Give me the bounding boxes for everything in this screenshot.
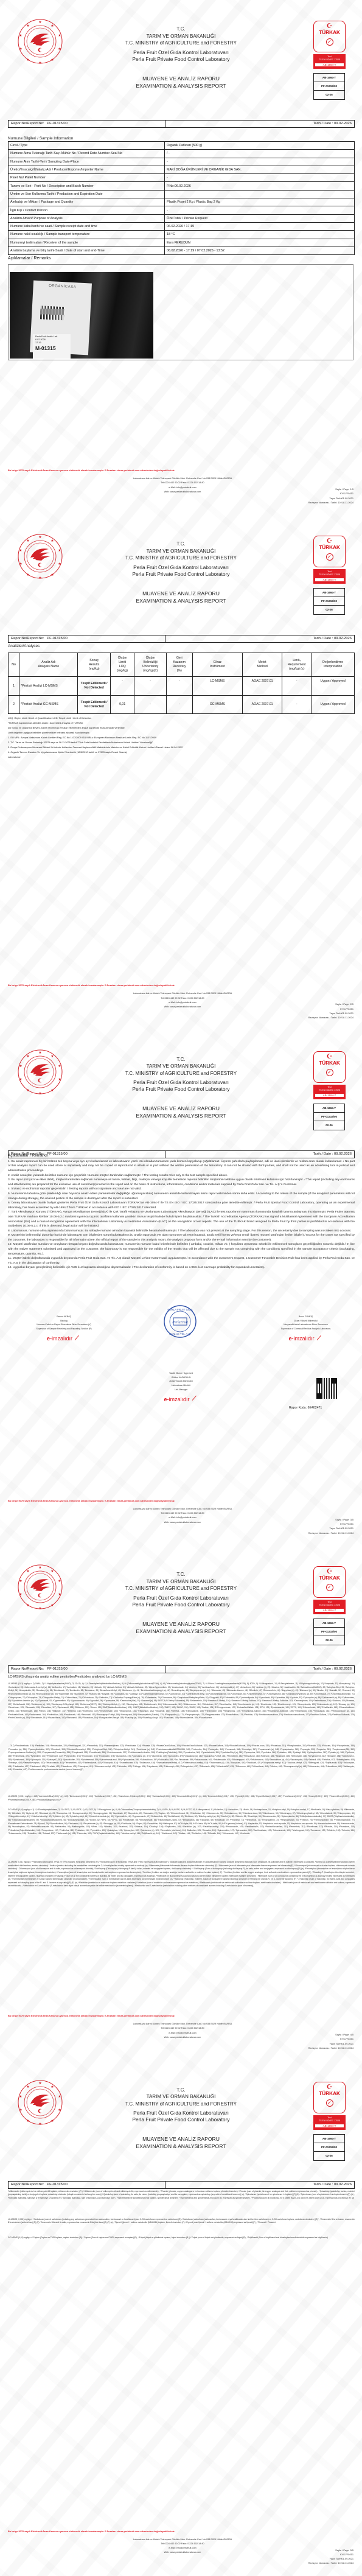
report-no: PF-01315/00 (47, 2183, 68, 2186)
signatory-role-tr: Numune Kabul ve Rapor Düzenleme Birim So… (18, 1323, 110, 1327)
info-key: İlgili Kişi / Contact Person (9, 206, 165, 214)
lab-address: Laboratuvar Adres: Ulutek Teknopark Görü… (79, 477, 286, 481)
info-key: Cinsi / Type (9, 142, 165, 150)
check-icon: ✓ (326, 1069, 333, 1076)
header-tc: T.C. (91, 2087, 271, 2094)
column-header: ÖlçümBelirsizliğiUncertainty(mg/kg)(±) (134, 653, 166, 677)
cell-result: Tespit Edilemedi / Not Detected (78, 695, 110, 714)
svg-text:★: ★ (50, 539, 54, 543)
report-code-box: PF-01315/00 (314, 2143, 344, 2152)
report-no-label: Rapor No/Report No: (11, 1667, 44, 1671)
form-code: KYS-FR-051 (308, 1007, 353, 1011)
svg-text:★: ★ (58, 1579, 61, 1583)
svg-text:★: ★ (50, 58, 54, 62)
lab-address: Laboratuvar Adres: Ulutek Teknopark Görü… (79, 1507, 286, 1511)
svg-text:★: ★ (19, 1592, 22, 1597)
svg-text:PerlaFruit: PerlaFruit (172, 1321, 188, 1325)
svg-text:PERLA FRUIT GIDA: PERLA FRUIT GIDA (167, 1308, 192, 1311)
info-value: Özel İstek / Private Request (165, 214, 355, 222)
info-value: P.No:06.02.2026 (165, 182, 355, 190)
page-label: Sayfa / Page (335, 2549, 349, 2552)
sample-info-row: Cinsi / TypeOrganik Patlıcan (500 g) (9, 142, 355, 150)
remarks-heading: Açıklamalar / Remarks (8, 256, 50, 261)
page-3: ★ ★ ★ ★ ★ ★ ★ ★ ★ ★ T.C. TARIM VE ORMAN … (0, 1031, 362, 1545)
page-info: Sayfa / Page 3/5 KYS-FR-051 Yayın Tarihi… (308, 1517, 353, 1535)
lab-phone: Tel:0224 442 90 02 Faks: 0 224 502 18 80 (79, 996, 286, 1001)
info-key: Üretim ve Son Kullanma Tarihi / Producti… (9, 190, 165, 198)
signatory-role-en: Supervisor of Chemical/Residue Analysis … (256, 1327, 356, 1331)
turkak-code: AB-1694-T (315, 1608, 344, 1612)
check-icon: ✓ (326, 553, 333, 561)
page-number: 4/5 (350, 2033, 353, 2036)
pen-icon (192, 1396, 200, 1404)
svg-text:★: ★ (19, 562, 22, 566)
cell-loq: - (110, 677, 134, 696)
turkak-accreditation-logo: ☪ TÜRKAK ✓ Test TS EN ISO/IEC 17025 AB-1… (313, 536, 346, 587)
info-key: Analizin başlama ve bitiş tarihi-Saati /… (9, 247, 165, 254)
page-1: ★ ★ ★ ★ ★ ★ ★ ★ ★ ★ T.C. TARIM VE ORMAN … (0, 0, 362, 515)
report-verification-code: Rapor Kodu: 6E402471 (289, 1406, 322, 1410)
sample-info-row: Numune Alma Tutanağı Tarih-Sayı-Mühür No… (9, 150, 355, 158)
signatory-title: Ziraat Yüksek Mühendisi (146, 1379, 216, 1384)
page-info: Sayfa / Page 5/5 KYS-FR-051 Yayın Tarihi… (308, 2548, 353, 2566)
cell-uncertainty: - (134, 677, 166, 696)
remark-item: 1. Bu analiz raporunun hiç bir bölümü te… (8, 1160, 355, 1174)
lab-website[interactable]: Web: www.perlafruitlaboratuvar.com (79, 2550, 286, 2555)
sample-info-row: Tanımı ve Seri - Parti No / Description … (9, 182, 355, 190)
esigned-mark: e-imzalıdır (18, 1335, 110, 1342)
report-date: 09.02.2026 (334, 1667, 352, 1671)
header-lab-tr: Perla Fruit Özel Gıda Kontrol Laboratuva… (91, 49, 271, 56)
lab-sample-sticker: Perla Fruit Analiz Lab. 6.02.2026 17:19 … (33, 334, 71, 359)
cell-interpretation: Uygun / Approved (312, 677, 355, 696)
check-icon: ✓ (326, 1584, 333, 1591)
header-lab-tr: Perla Fruit Özel Gıda Kontrol Laboratuva… (91, 564, 271, 571)
svg-text:★: ★ (50, 1088, 54, 1093)
esignature-notice: Bu belge 5070 sayılı Elektronik İmza Kan… (8, 2014, 175, 2017)
report-no-label: Rapor No/Report No: (11, 122, 44, 125)
info-key: Numune Alım Tarihi-Yeri / Sampling Date-… (9, 158, 165, 166)
esignature-notice: Bu belge 5070 sayılı Elektronik İmza Kan… (8, 984, 175, 987)
svg-text:★: ★ (38, 535, 41, 539)
lab-phone: Tel:0224 442 90 02 Faks: 0 224 502 18 80 (79, 481, 286, 485)
svg-text:★: ★ (38, 1566, 41, 1570)
cell-name: *Pestisit Analizi GC-MSMS (19, 695, 78, 714)
cell-no: 1 (9, 677, 19, 696)
crescent-icon: ☪ (314, 1054, 345, 1060)
info-value: MAKİ DOĞA ÜRÜNLERİ VE ORGANİK GIDA SAN. (165, 166, 355, 173)
svg-text:★: ★ (19, 1077, 22, 1082)
period-code: 02-26 (314, 1121, 344, 1130)
svg-text:★: ★ (38, 1051, 41, 1055)
lab-address: Laboratuvar Adres: Ulutek Teknopark Görü… (79, 2538, 286, 2542)
report-title-en: EXAMINATION & ANALYSIS REPORT (91, 1628, 271, 1635)
header-lab-en: Perla Fruit Private Food Control Laborat… (91, 56, 271, 63)
lab-website[interactable]: Web: www.perlafruitlaboratuvar.com (79, 2035, 286, 2040)
report-title-en: EXAMINATION & ANALYSIS REPORT (91, 2143, 271, 2150)
analysis-row: 1*Pestisit Analizi LC-MSMSTespit Edileme… (9, 677, 355, 696)
header-tc: T.C. (91, 1571, 271, 1578)
header-tc: T.C. (91, 541, 271, 548)
sample-photo: ORGANİCASA Perla Fruit Analiz Lab. 6.02.… (10, 272, 153, 359)
turkak-code: AB-1694-T (315, 578, 344, 582)
header-titles: T.C. TARIM VE ORMAN BAKANLIĞI T.C. MINIS… (91, 1571, 271, 1635)
analyses-heading: Analizler/Analyses (8, 644, 40, 648)
svg-text:★: ★ (38, 576, 41, 579)
verification-qr-code[interactable] (316, 1378, 337, 1399)
note-line: 3. Rusya Federasyonu Mevzuatı Bitkisel Ü… (8, 745, 355, 750)
gcmsms-residue-definitions: GC-MSMS (0,01) mg/kg=> *Captan (Captan v… (8, 2236, 355, 2240)
sample-info-row: Numuneyi teslim alan / Receiver of the s… (9, 239, 355, 247)
revision-info: Revizyon Numarası / Tarihi: 10 /18.11.20… (308, 1531, 353, 1535)
remark-item: 8. Laboratuvar, numune alma aşamasında b… (8, 1229, 355, 1234)
signatory-role-tr: Laboratuvar Müdürü (146, 1384, 216, 1388)
signatory-lab-manager: Tasdik Olunur / Approved Gülden HAZARHUN… (146, 1371, 216, 1403)
sample-info-row: Numune kabul tarihi ve saati / Sample re… (9, 222, 355, 230)
lab-company-stamp: PerlaFruit PERLA FRUIT GIDA SAN. ve TİC.… (163, 1304, 197, 1339)
esigned-mark: e-imzalıdır (256, 1335, 356, 1342)
turkak-standard: TS EN ISO/IEC 17025 (313, 2119, 346, 2123)
header-ministry-tr: TARIM VE ORMAN BAKANLIĞI (91, 1063, 271, 1070)
info-value: 06.02.2026 - 17:19 / 07.02.2026 - 13:52 (165, 247, 355, 254)
document-code-boxes: AB-1694-T PF-01315/00 02-26 (313, 1104, 345, 1130)
form-code: KYS-FR-051 (308, 2552, 353, 2557)
report-number-bar: Rapor No/Report No: PF-01315/00 Tarih / … (8, 635, 355, 643)
check-icon: ✓ (326, 38, 333, 46)
esigned-mark: e-imzalıdır (146, 1396, 216, 1403)
lcmsms-0001-residue-definitions: LC-MSMS (0,001) mg/kg=> *Carbofuran (sum… (8, 2218, 355, 2225)
report-date: 09.02.2026 (334, 122, 352, 125)
page-number: 3/5 (350, 1518, 353, 1521)
cell-name: *Pestisit Analizi LC-MSMS (19, 677, 78, 696)
date-label: Tarih / Date : (313, 1667, 333, 1671)
svg-text:★: ★ (58, 33, 61, 38)
svg-text:★: ★ (58, 47, 61, 51)
lab-email[interactable]: e-Mail: info@perlafruit.com (79, 2546, 286, 2550)
report-date: 09.02.2026 (334, 1152, 352, 1156)
svg-text:★: ★ (26, 1569, 29, 1573)
remark-item: 10. Müşteri tarafından sunulan ve onayla… (8, 1242, 355, 1256)
svg-text:SAN. ve TİC. A.Ş.: SAN. ve TİC. A.Ş. (169, 1332, 191, 1335)
turkak-code: AB-1694-T (315, 2124, 344, 2128)
product-brand: ORGANİCASA (33, 284, 92, 290)
header-titles: T.C. TARIM VE ORMAN BAKANLIĞI T.C. MINIS… (91, 26, 271, 89)
lab-address: Laboratuvar Adres: Ulutek Teknopark Görü… (79, 2022, 286, 2026)
info-value: Organik Patlıcan (500 g) (165, 142, 355, 150)
svg-text:★: ★ (38, 61, 41, 65)
info-value: - (165, 174, 355, 182)
signatory-title: Biyolog (18, 1319, 110, 1323)
info-value: 06.02.2026 / 17:19 (165, 222, 355, 230)
ministry-seal-logo: ★ ★ ★ ★ ★ ★ ★ ★ ★ ★ (17, 533, 63, 579)
cell-no: 2 (9, 695, 19, 714)
lab-website[interactable]: Web: www.perlafruitlaboratuvar.com (79, 1521, 286, 1525)
residue-definitions-cont: *Milbemectin (milbemycin A4 ve milbemyci… (8, 2190, 355, 2200)
report-number-bar: Rapor No/Report No: PF-01315/00 Tarih / … (8, 1150, 355, 1158)
note-line: Limit değerleri aşağıda belirtilen yönet… (8, 730, 355, 735)
svg-text:★: ★ (38, 20, 41, 24)
publish-date: Yayın Tarihi01.09.2021 (308, 1526, 353, 1530)
page-header: ★ ★ ★ ★ ★ ★ ★ ★ ★ ★ T.C. TARIM VE ORMAN … (0, 515, 362, 625)
document-code-boxes: AB-1694-T PF-01315/00 02-26 (313, 588, 345, 615)
svg-text:★: ★ (58, 1064, 61, 1068)
remarks-list: 1. Bu analiz raporunun hiç bir bölümü te… (8, 1160, 355, 1270)
date-label: Tarih / Date : (313, 1152, 333, 1156)
lab-website[interactable]: Web: www.perlafruitlaboratuvar.com (79, 490, 286, 494)
cell-method: AOAC 2007.01 (242, 695, 282, 714)
page-label: Sayfa / Page (335, 488, 349, 491)
info-value: Esra FERUDUN (165, 239, 355, 247)
turkak-standard: TS EN ISO/IEC 17025 (313, 1604, 346, 1607)
lab-email[interactable]: e-Mail: info@perlafruit.com (79, 1001, 286, 1005)
header-lab-en: Perla Fruit Private Food Control Laborat… (91, 1086, 271, 1093)
publish-date: Yayın Tarihi01.09.2021 (308, 1011, 353, 1015)
info-key: Numune Alma Tutanağı Tarih-Sayı-Mühür No… (9, 150, 165, 158)
header-ministry-tr: TARIM VE ORMAN BAKANLIĞI (91, 1578, 271, 1586)
pen-icon (75, 1335, 83, 1343)
signatory-role-en: Supervisor of Sample Receiving and Repor… (18, 1327, 110, 1331)
svg-text:★: ★ (19, 1579, 22, 1583)
approved-label: Tasdik Olunur / Approved (146, 1371, 216, 1376)
remark-item: 4. İmzasız ve mühürsüz raporlar geçersiz… (8, 1187, 355, 1192)
note-line: 2. T.C. Tarım ve Orman Bakanlığı 33079 s… (8, 740, 355, 745)
header-lab-tr: Perla Fruit Özel Gıda Kontrol Laboratuva… (91, 1079, 271, 1086)
cell-method: AOAC 2007.01 (242, 677, 282, 696)
page-number: 1/5 (350, 488, 353, 491)
column-header: SonuçResults(mg/kg) (78, 653, 110, 677)
report-no: PF-01315/00 (47, 637, 68, 640)
note-line: 1. EU MRL: Avrupa Maksimum Kalıntı Limit… (8, 735, 355, 740)
info-value: - (165, 158, 355, 166)
lab-contact: Laboratuvar Adres: Ulutek Teknopark Görü… (79, 477, 286, 494)
sample-info-row: Analizin başlama ve bitiş tarihi-Saati /… (9, 247, 355, 254)
header-ministry-en: T.C. MINISTRY of AGRICULTURE and FORESTR… (91, 2101, 271, 2108)
crescent-icon: ☪ (314, 1569, 345, 1575)
info-key: Analizin Amacı/ Purpose of Analysis (9, 214, 165, 222)
check-icon: ✓ (326, 2099, 333, 2107)
pen-icon (316, 1335, 324, 1343)
svg-text:★: ★ (19, 548, 22, 553)
publish-date: Yayın Tarihi01.09.2021 (308, 2557, 353, 2561)
sample-info-row: Üretim ve Son Kullanma Tarihi / Producti… (9, 190, 355, 198)
svg-text:★: ★ (26, 2119, 29, 2123)
svg-text:★: ★ (19, 1064, 22, 1068)
turkak-brand: TÜRKAK (314, 2090, 345, 2096)
turkak-accreditation-logo: ☪ TÜRKAK ✓ Test TS EN ISO/IEC 17025 AB-1… (313, 2082, 346, 2133)
signatory-role-en: Lab. Manager (146, 1388, 216, 1392)
lab-phone: Tel:0224 442 90 02 Faks: 0 224 502 18 80 (79, 2026, 286, 2031)
column-header: ÖlçümLimitiLOQ(mg/kg) (110, 653, 134, 677)
header-ministry-en: T.C. MINISTRY of AGRICULTURE and FORESTR… (91, 1585, 271, 1592)
lcmsms-0001-pesticide-list: LC-MSMS (0,001) mg/kg=> 448) *Avermectin… (8, 1795, 355, 1802)
lab-email[interactable]: e-Mail: info@perlafruit.com (79, 486, 286, 490)
page-header: ★ ★ ★ ★ ★ ★ ★ ★ ★ ★ T.C. TARIM VE ORMAN … (0, 2061, 362, 2171)
turkak-code: AB-1694-T (315, 1093, 344, 1097)
column-header: Analiz AdıAnalysis Name (19, 653, 78, 677)
barcode-icon (40, 306, 65, 320)
note-line: LOQ: Ölçüm Limiti / Limit of Quantificat… (8, 716, 355, 721)
header-titles: T.C. TARIM VE ORMAN BAKANLIĞI T.C. MINIS… (91, 541, 271, 604)
header-ministry-tr: TARIM VE ORMAN BAKANLIĞI (91, 33, 271, 40)
lab-website[interactable]: Web: www.perlafruitlaboratuvar.com (79, 1005, 286, 1009)
svg-text:★: ★ (50, 2119, 54, 2123)
header-ministry-tr: TARIM VE ORMAN BAKANLIĞI (91, 2093, 271, 2101)
column-header: CihazInstrument (192, 653, 242, 677)
svg-text:★: ★ (38, 2122, 41, 2126)
lcmsms-pesticides-heading: LC-MSMS cihazında analiz edilen pestisit… (8, 1675, 127, 1679)
info-value: 18 °C (165, 231, 355, 239)
svg-text:★: ★ (50, 1054, 54, 1059)
lab-address: Laboratuvar Adres: Ulutek Teknopark Görü… (79, 992, 286, 996)
page-label: Sayfa / Page (335, 1003, 349, 1006)
turkak-brand: TÜRKAK (314, 544, 345, 550)
lab-contact: Laboratuvar Adres: Ulutek Teknopark Görü… (79, 2538, 286, 2555)
page-label: Sayfa / Page (335, 1518, 349, 1521)
header-lab-en: Perla Fruit Private Food Control Laborat… (91, 1601, 271, 1608)
lab-contact: Laboratuvar Adres: Ulutek Teknopark Görü… (79, 1507, 286, 1525)
header-ministry-en: T.C. MINISTRY of AGRICULTURE and FORESTR… (91, 40, 271, 47)
ministry-seal-logo: ★ ★ ★ ★ ★ ★ ★ ★ ★ ★ (17, 1564, 63, 1610)
lab-email[interactable]: e-Mail: info@perlafruit.com (79, 2031, 286, 2035)
sticker-sample-code: M-01315 (35, 347, 68, 350)
signatory-sample-receiving: Esenur AKBAŞ Biyolog Numune Kabul ve Rap… (18, 1315, 110, 1342)
column-header: Limit₄Requirement(mg/kg) (≤) (282, 653, 312, 677)
note-line: 4. Organik Tarımın Esasları Ve Uygulanma… (8, 750, 355, 755)
ministry-seal-logo: ★ ★ ★ ★ ★ ★ ★ ★ ★ ★ (17, 18, 63, 65)
remark-item: 9. Musterinin belirtmedigi durumlar hari… (8, 1233, 355, 1242)
date-label: Tarih / Date : (313, 2183, 333, 2186)
cell-recovery: - (166, 677, 192, 696)
report-title-tr: MUAYENE VE ANALİZ RAPORU (91, 75, 271, 82)
info-key: Ambalajı ve Miktarı / Package and Quanti… (9, 198, 165, 206)
svg-text:★: ★ (26, 539, 29, 543)
svg-text:★: ★ (26, 1088, 29, 1093)
remark-item: 5. Numunenin tabiatına göre (saklandığı … (8, 1192, 355, 1201)
info-value (165, 190, 355, 198)
turkak-brand: TÜRKAK (314, 1575, 345, 1581)
svg-text:★: ★ (50, 2085, 54, 2089)
signatory-name: Gülden HAZARHUN (146, 1376, 216, 1380)
report-no-label: Rapor No/Report No: (11, 637, 44, 640)
analysis-notes: LOQ: Ölçüm Limiti / Limit of Quantificat… (8, 716, 355, 760)
page-header: ★ ★ ★ ★ ★ ★ ★ ★ ★ ★ T.C. TARIM VE ORMAN … (0, 0, 362, 110)
svg-text:★: ★ (26, 58, 29, 62)
signatory-name: Burcu GÜMÜŞ (256, 1315, 356, 1319)
svg-text:★: ★ (58, 1077, 61, 1082)
esignature-notice: Bu belge 5070 sayılı Elektronik İmza Kan… (8, 469, 175, 472)
revision-info: Revizyon Numarası / Tarihi: 10 /18.11.20… (308, 2046, 353, 2050)
revision-info: Revizyon Numarası / Tarihi: 10 /18.11.20… (308, 500, 353, 505)
header-lab-tr: Perla Fruit Özel Gıda Kontrol Laboratuva… (91, 1595, 271, 1601)
crescent-icon: ☪ (314, 538, 345, 544)
accreditation-code: AB-1694-T (314, 589, 344, 597)
column-header: GeriKazanımRecovery(%) (166, 653, 192, 677)
info-key: Numuneyi teslim alan / Receiver of the s… (9, 239, 165, 247)
remark-item: 7. Türk Akreditasyon Kurumu (TÜRKAK), Av… (8, 1210, 355, 1228)
revision-info: Revizyon Numarası / Tarihi: 10 /18.11.20… (308, 2561, 353, 2565)
svg-text:★: ★ (26, 1603, 29, 1608)
column-header: No (9, 653, 19, 677)
publish-date: Yayın Tarihi01.09.2021 (308, 496, 353, 500)
turkak-standard: TS EN ISO/IEC 17025 (313, 573, 346, 576)
remark-item: 3. Bu rapor (üst yazı ve ekler dahil), m… (8, 1178, 355, 1187)
info-key: Numune kabul tarihi ve saati / Sample re… (9, 222, 165, 230)
page-label: Sayfa / Page (335, 2033, 349, 2036)
turkak-accreditation-logo: ☪ TÜRKAK ✓ Test TS EN ISO/IEC 17025 AB-1… (313, 1051, 346, 1102)
report-title-en: EXAMINATION & ANALYSIS REPORT (91, 597, 271, 604)
report-number-bar: Rapor No/Report No: PF-01315/00 Tarih / … (8, 1665, 355, 1673)
lab-contact: Laboratuvar Adres: Ulutek Teknopark Görü… (79, 992, 286, 1009)
lab-email[interactable]: e-Mail: info@perlafruit.com (79, 1516, 286, 1520)
column-header: MetotMethod (242, 653, 282, 677)
svg-text:★: ★ (26, 24, 29, 28)
report-code-box: PF-01315/00 (314, 82, 344, 91)
report-title-en: EXAMINATION & ANALYSIS REPORT (91, 1112, 271, 1119)
header-titles: T.C. TARIM VE ORMAN BAKANLIĞI T.C. MINIS… (91, 1056, 271, 1120)
sample-info-row: Üretici/İhracatçı/İthalatçı Adı / Produc… (9, 166, 355, 173)
sample-info-row: Numune nakil sıcaklığı / Sample transpor… (9, 231, 355, 239)
cell-instrument: GC-MSMS (192, 695, 242, 714)
info-key: Üretici/İhracatçı/İthalatçı Adı / Produc… (9, 166, 165, 173)
sample-info-row: Ambalajı ve Miktarı / Package and Quanti… (9, 198, 355, 206)
form-code: KYS-FR-051 (308, 1522, 353, 1526)
svg-text:★: ★ (58, 1592, 61, 1597)
note-line: *TÜRKAK kapsamında akredite analiz / Acc… (8, 721, 355, 726)
crescent-icon: ☪ (314, 23, 345, 29)
sample-info-heading: Numune Bilgileri / Sample Information (8, 136, 73, 141)
report-no: PF-01315/00 (47, 1152, 68, 1156)
header-lab-en: Perla Fruit Private Food Control Laborat… (91, 2116, 271, 2123)
cell-limit: - (282, 677, 312, 696)
cell-result: Tespit Edilemedi / Not Detected (78, 677, 110, 696)
report-title-tr: MUAYENE VE ANALİZ RAPORU (91, 1620, 271, 1628)
report-title-tr: MUAYENE VE ANALİZ RAPORU (91, 1105, 271, 1112)
turkak-accreditation-logo: ☪ TÜRKAK ✓ Test TS EN ISO/IEC 17025 AB-1… (313, 21, 346, 72)
header-ministry-en: T.C. MINISTRY of AGRICULTURE and FORESTR… (91, 1070, 271, 1077)
svg-text:★: ★ (58, 562, 61, 566)
svg-text:★: ★ (38, 2081, 41, 2085)
report-title-tr: MUAYENE VE ANALİZ RAPORU (91, 2135, 271, 2143)
svg-text:★: ★ (50, 1603, 54, 1608)
report-number-bar: Rapor No/Report No: PF-01315/00 Tarih / … (8, 120, 355, 128)
lcmsms-pesticide-list: LC-MSMS (0,01) mg/kg=> 1) 1NAA, 2) *1-Na… (8, 1682, 355, 1743)
accreditation-code: AB-1694-T (314, 74, 344, 82)
header-tc: T.C. (91, 1056, 271, 1063)
report-code-box: PF-01315/00 (314, 597, 344, 606)
report-no: PF-01315/00 (47, 122, 68, 125)
svg-text:★: ★ (26, 2085, 29, 2089)
date-label: Tarih / Date : (313, 122, 333, 125)
cell-limit: - (282, 695, 312, 714)
signatory-role-tr: Kimyasal/Kalıntı Laboratuvarı Birim Soru… (256, 1323, 356, 1327)
note-line: (ϰ) Sonuç ve Uygunluk Beyanı, kalıntı ta… (8, 726, 355, 730)
remarks-box: ORGANİCASA Perla Fruit Analiz Lab. 6.02.… (8, 264, 353, 360)
accreditation-code: AB-1694-T (314, 1619, 344, 1628)
turkak-standard: TS EN ISO/IEC 17025 (313, 58, 346, 61)
info-key: Palet No/ Pallet Number (9, 174, 165, 182)
accreditation-code: AB-1694-T (314, 2135, 344, 2143)
header-ministry-en: T.C. MINISTRY of AGRICULTURE and FORESTR… (91, 555, 271, 562)
info-value: Plastik Poşet 2 Kg / Plastic Bag 2 Kg (165, 198, 355, 206)
info-key: Tanımı ve Seri - Parti No / Description … (9, 182, 165, 190)
turkak-brand: TÜRKAK (314, 1060, 345, 1066)
svg-text:★: ★ (38, 1091, 41, 1095)
svg-text:★: ★ (19, 33, 22, 38)
header-lab-tr: Perla Fruit Özel Gıda Kontrol Laboratuva… (91, 2110, 271, 2116)
page-header: ★ ★ ★ ★ ★ ★ ★ ★ ★ ★ T.C. TARIM VE ORMAN … (0, 1545, 362, 1655)
remark-item: 12. Uygunluk beyanı genişletilmiş belirs… (8, 1265, 355, 1270)
svg-text:★: ★ (19, 47, 22, 51)
